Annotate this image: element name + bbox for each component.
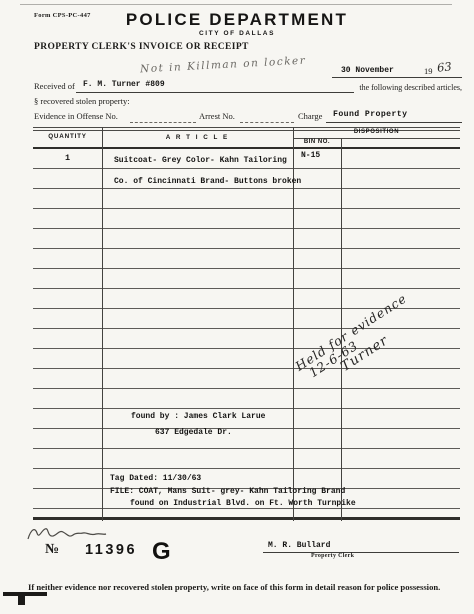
charge-label: Charge (298, 111, 322, 121)
col-divider-quantity (102, 127, 103, 521)
entry-article-line2: Co. of Cincinnati Brand- Buttons broken (114, 177, 301, 186)
table-row-line (33, 188, 460, 189)
received-of-label: Received of (34, 81, 75, 91)
page-subtitle: CITY OF DALLAS (117, 30, 357, 37)
received-of-value: F. M. Turner #809 (83, 80, 165, 89)
table-row-line (33, 428, 460, 429)
signature-title: Property Clerk (311, 553, 354, 559)
handwritten-top-note: Not in Killman on locker (140, 55, 307, 76)
table-row-line (33, 208, 460, 209)
page-marker-bar (3, 592, 47, 596)
col-header-quantity: QUANTITY (33, 133, 102, 140)
signature-underline (263, 551, 459, 553)
handwritten-scribble (26, 524, 108, 544)
col-divider-article (293, 127, 294, 521)
scanned-form-page: Form CPS-PC-447 POLICE DEPARTMENT CITY O… (0, 0, 474, 614)
table-row-line (33, 388, 460, 389)
table-row-line (33, 268, 460, 269)
table-row-line (33, 228, 460, 229)
receipt-number-value: 11396 (85, 542, 137, 558)
table-row-line (33, 368, 460, 369)
table-row-line (33, 408, 460, 409)
charge-underline (326, 121, 462, 123)
entry-article-line1: Suitcoat- Grey Color- Kahn Tailoring (114, 156, 287, 165)
found-by-line2: 637 Edgedale Dr. (155, 428, 232, 437)
date-underline (332, 76, 462, 78)
col-header-article: A R T I C L E (102, 134, 293, 141)
table-row-line (33, 288, 460, 289)
found-by-line1: found by : James Clark Larue (131, 412, 265, 421)
arrest-label: Arrest No. (199, 111, 235, 121)
received-suffix: the following described articles, (359, 83, 462, 92)
arrest-blank (240, 121, 294, 123)
receipt-number-sign: № (45, 542, 59, 558)
page-title: POLICE DEPARTMENT (117, 10, 357, 30)
year-printed: 19 (424, 66, 433, 76)
table-row-line (33, 248, 460, 249)
footer-note: If neither evidence nor recovered stolen… (28, 582, 466, 592)
charge-value: Found Property (333, 110, 407, 119)
scan-top-edge (20, 4, 452, 5)
col-header-disposition: DISPOSITION (293, 129, 460, 135)
tag-dated-line: Tag Dated: 11/30/63 (110, 474, 201, 483)
form-number: Form CPS-PC-447 (34, 12, 91, 19)
found-on-line: found on Industrial Blvd. on Ft. Worth T… (130, 499, 356, 508)
received-underline (76, 91, 354, 93)
table-row-line (33, 168, 460, 169)
evidence-blank (130, 121, 196, 123)
entry-quantity: 1 (33, 153, 102, 163)
recovered-note: § recovered stolen property: (34, 96, 130, 106)
col-header-bin-no: BIN NO. (293, 139, 341, 145)
table-row-line (33, 448, 460, 449)
year-handwritten: 63 (436, 59, 452, 74)
table-bottom-line (33, 517, 460, 520)
file-line: FILE: COAT, Mans Suit- grey- Kahn Tailor… (110, 487, 345, 496)
evidence-label: Evidence in Offense No. (34, 111, 118, 121)
entry-bin-no: N-15 (301, 151, 320, 160)
table-row-line (33, 468, 460, 469)
table-row-line (33, 348, 460, 349)
page-marker-stub (18, 596, 25, 605)
stamp-letter-g: G (152, 538, 171, 566)
date-value: 30 November (341, 66, 394, 75)
signature-name: M. R. Bullard (268, 541, 330, 550)
doc-title: PROPERTY CLERK'S INVOICE OR RECEIPT (34, 42, 249, 52)
table-row-line (33, 508, 460, 509)
